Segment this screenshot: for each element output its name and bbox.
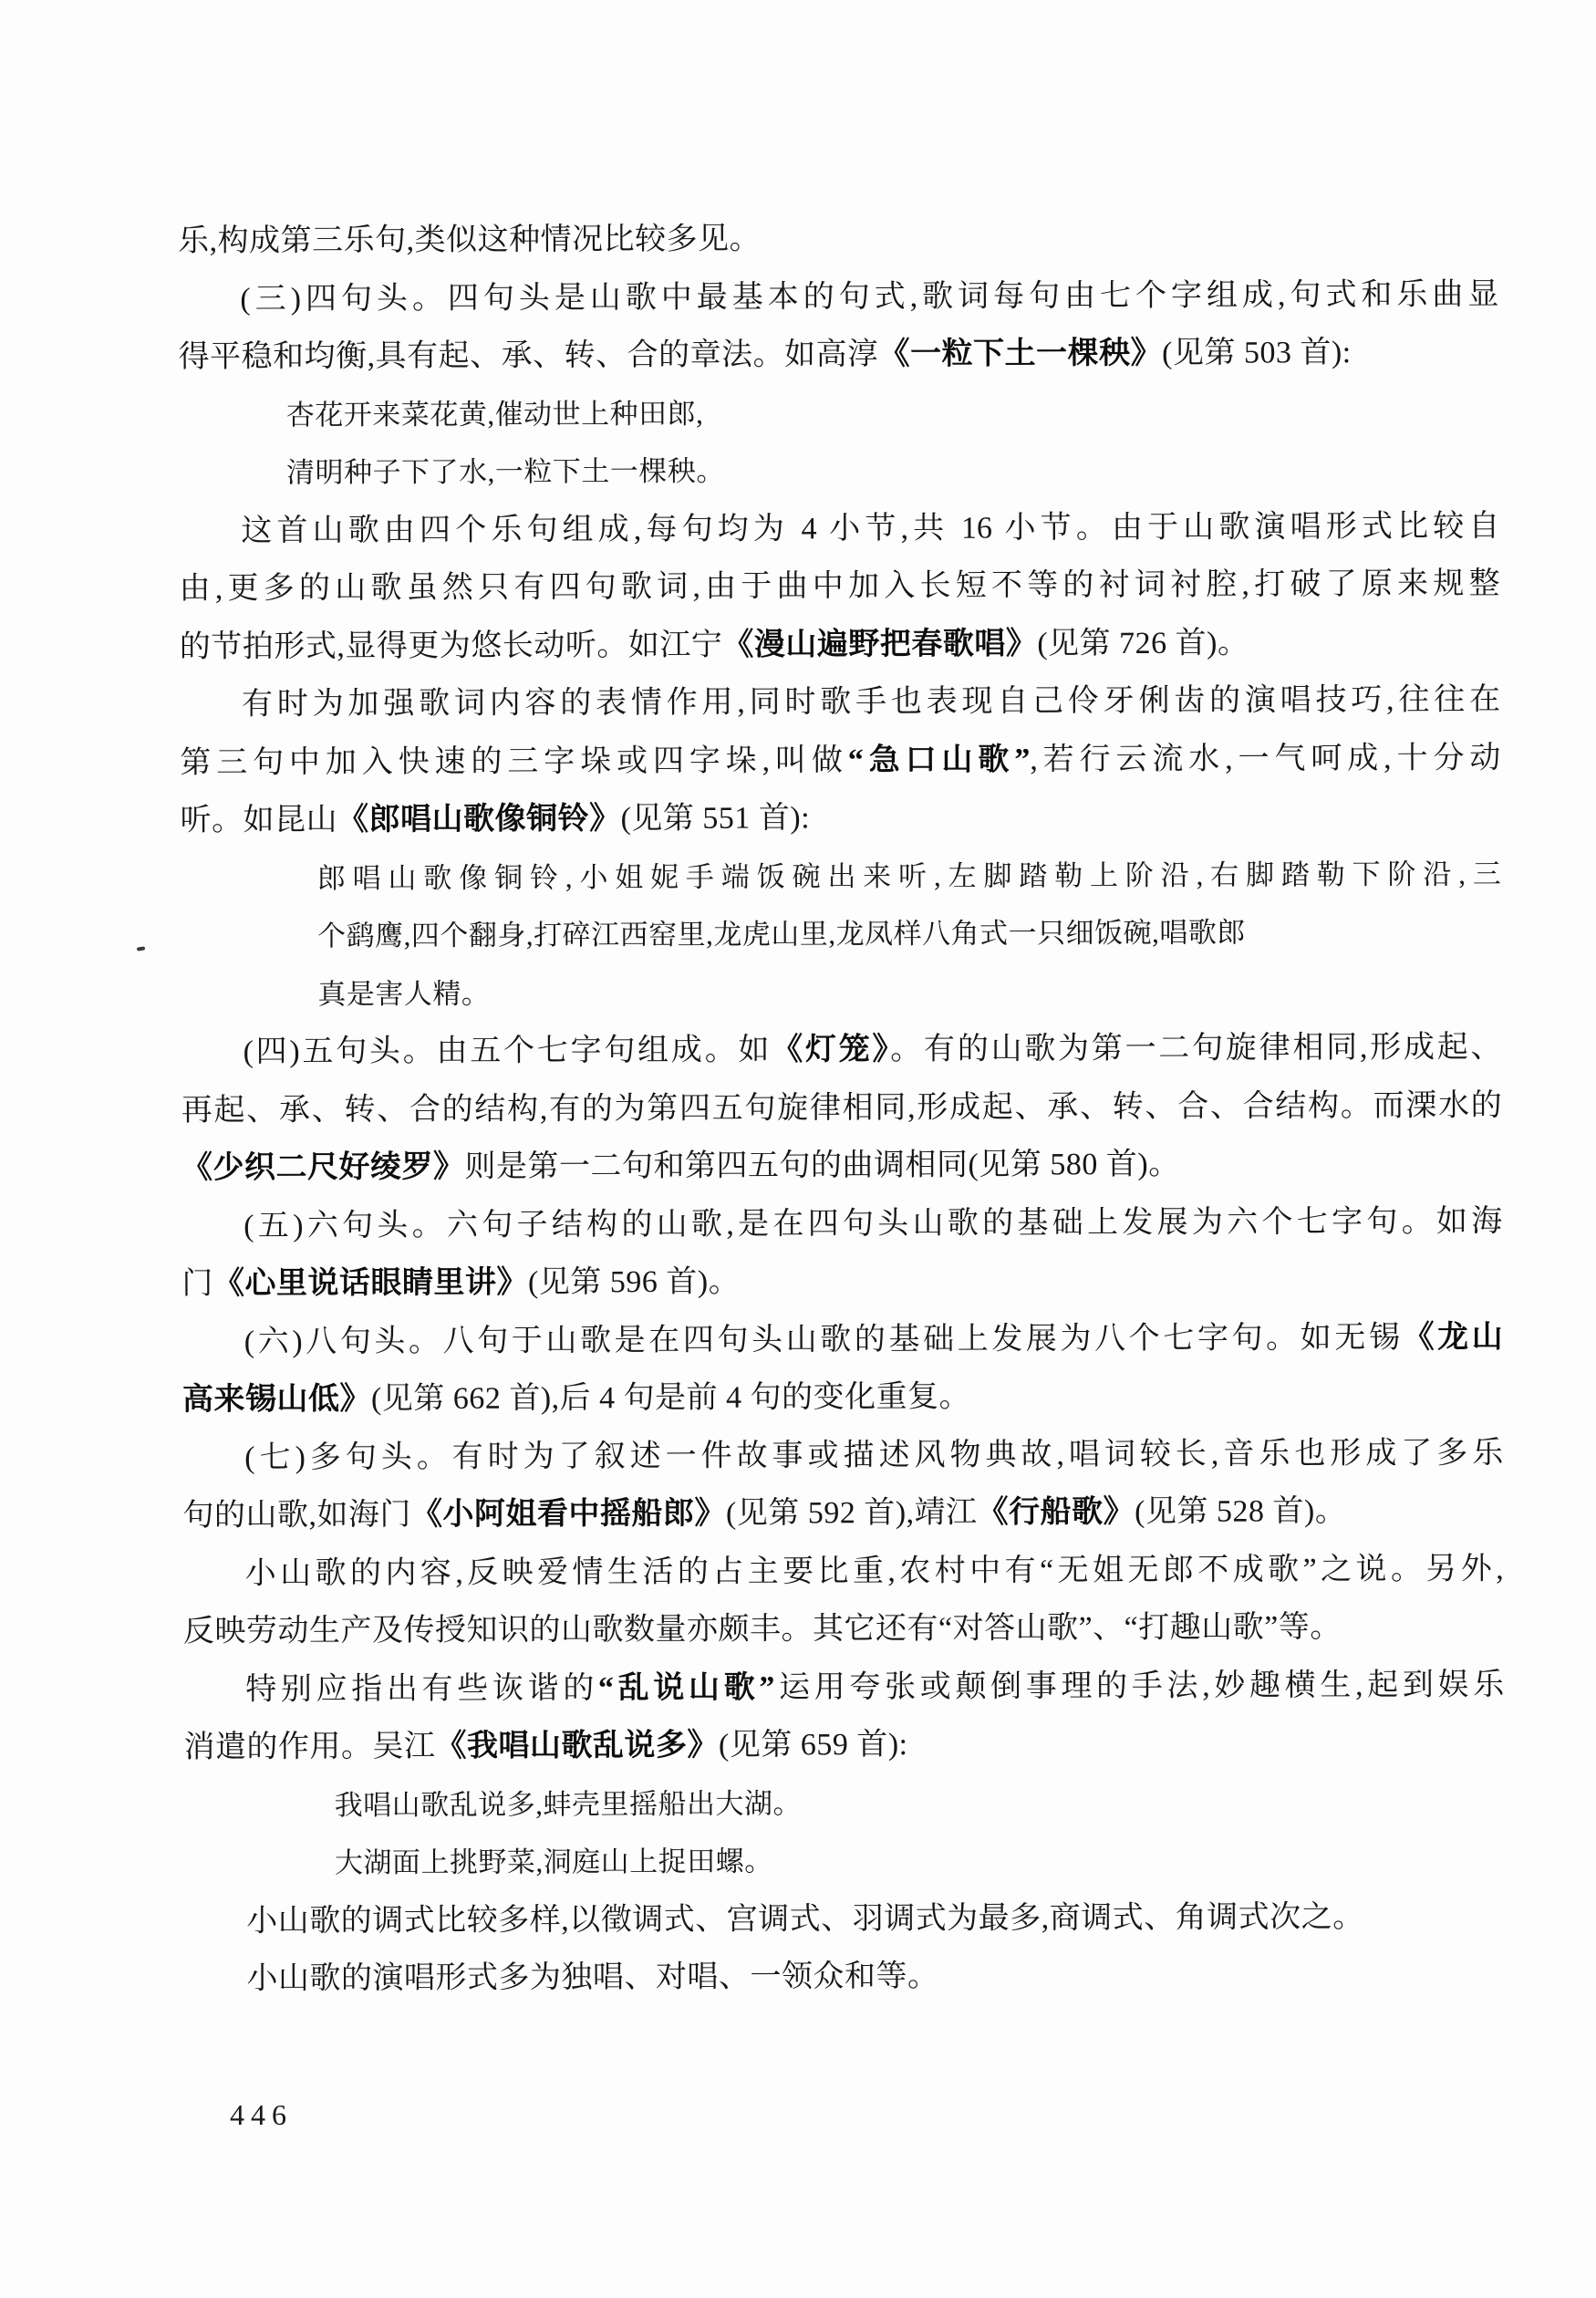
text-line-10: 第三句中加入快速的三字垛或四字垛,叫做“急口山歌”,若行云流水,一气呵成,十分动 xyxy=(180,729,1500,792)
text-segment: 门 xyxy=(181,1267,213,1301)
text-segment: 杏花开来菜花黄,催动世上种田郎, xyxy=(286,397,704,431)
song-title: 《少织二尺好绫罗》 xyxy=(181,1150,465,1185)
text-line-31: 小山歌的演唱形式多为独唱、对唱、一领众和等。 xyxy=(184,1945,1505,2008)
text-segment: 有时为加强歌词内容的表情作用,同时歌手也表现自己伶牙俐齿的演唱技巧,往往在 xyxy=(242,682,1500,721)
text-line-12: 郎唱山歌像铜铃,小姐妮手端饭碗出来听,左脚踏勒上阶沿,右脚踏勒下阶沿,三 xyxy=(181,845,1501,908)
text-segment: 小山歌的演唱形式多为独唱、对唱、一领众和等。 xyxy=(246,1960,938,1996)
text-segment: (五)六句头。六句子结构的山歌,是在四句头山歌的基础上发展为六个七字句。如海 xyxy=(244,1204,1502,1243)
text-line-30: 小山歌的调式比较多样,以徵调式、宫调式、羽调式为最多,商调式、角调式次之。 xyxy=(184,1887,1505,1950)
song-title: “乱说山歌” xyxy=(598,1670,775,1705)
text-line-24: 小山歌的内容,反映爱情生活的占主要比重,农村中有“无姐无郎不成歌”之说。另外, xyxy=(183,1540,1504,1603)
text-segment: 则是第一二句和第四五句的曲调相同(见第 580 首)。 xyxy=(464,1148,1179,1184)
text-segment: (见第 503 首): xyxy=(1162,336,1352,370)
text-line-15: (四)五句头。由五个七字句组成。如《灯笼》。有的山歌为第一二句旋律相同,形成起、 xyxy=(181,1018,1501,1081)
text-segment: (见第 726 首)。 xyxy=(1037,626,1249,660)
text-segment: 小山歌的调式比较多样,以徵调式、宫调式、羽调式为最多,商调式、角调式次之。 xyxy=(246,1900,1364,1939)
text-line-22: (七)多句头。有时为了叙述一件故事或描述风物典故,唱词较长,音乐也形成了多乐 xyxy=(182,1424,1503,1487)
text-line-16: 再起、承、转、合的结构,有的为第四五句旋律相同,形成起、承、转、合、合结构。而溧… xyxy=(181,1076,1502,1139)
text-block: 乐,构成第三乐句,类似这种情况比较多见。(三)四句头。四句头是山歌中最基本的句式… xyxy=(178,207,1506,2008)
text-line-28: 我唱山歌乱说多,蚌壳里摇船出大湖。 xyxy=(184,1772,1505,1835)
text-segment: 乐,构成第三乐句,类似这种情况比较多见。 xyxy=(178,223,761,258)
text-segment: (见第 528 首)。 xyxy=(1135,1494,1346,1529)
text-segment: 我唱山歌乱说多,蚌壳里摇船出大湖。 xyxy=(335,1787,802,1821)
text-segment: 第三句中加入快速的三字垛或四字垛,叫做 xyxy=(180,743,848,780)
song-title: 《郎唱山歌像铜铃》 xyxy=(337,802,621,837)
text-segment: 大湖面上挑野菜,洞庭山上捉田螺。 xyxy=(335,1846,773,1879)
text-segment: 运用夸张或颠倒事理的手法,妙趣横生,起到娱乐 xyxy=(774,1668,1504,1704)
text-line-20: (六)八句头。八句于山歌是在四句头山歌的基础上发展为八个七字句。如无锡《龙山 xyxy=(182,1308,1503,1371)
text-segment: 听。如昆山 xyxy=(180,803,337,837)
text-segment: 这首山歌由四个乐句组成,每句均为 4 小节,共 16 小节。由于山歌演唱形式比较… xyxy=(241,509,1499,547)
text-segment: 清明种子下了水,一粒下土一棵秧。 xyxy=(286,455,725,489)
text-line-27: 消遣的作用。吴江《我唱山歌乱说多》(见第 659 首): xyxy=(183,1713,1504,1776)
text-segment: ,若行云流水,一气呵成,十分动 xyxy=(1030,741,1500,776)
text-segment: 特别应指出有些诙谐的 xyxy=(245,1671,598,1706)
text-segment: (见第 659 首): xyxy=(719,1728,908,1762)
song-title: 《心里说话眼睛里讲》 xyxy=(213,1266,528,1301)
text-line-14: 真是害人精。 xyxy=(181,961,1501,1024)
text-line-17: 《少织二尺好绫罗》则是第一二句和第四五句的曲调相同(见第 580 首)。 xyxy=(181,1134,1502,1197)
text-line-23: 句的山歌,如海门《小阿姐看中摇船郎》(见第 592 首),靖江《行船歌》(见第 … xyxy=(182,1482,1503,1544)
text-line-7: 由,更多的山歌虽然只有四句歌词,由于曲中加入长短不等的衬词衬腔,打破了原来规整 xyxy=(179,555,1499,618)
page-number: 446 xyxy=(230,2098,293,2132)
song-title: 《我唱山歌乱说多》 xyxy=(435,1729,719,1763)
text-segment: 小山歌的内容,反映爱情生活的占主要比重,农村中有“无姐无郎不成歌”之说。另外, xyxy=(245,1552,1504,1590)
song-title: 《小阿姐看中摇船郎》 xyxy=(411,1497,726,1532)
song-title: “急口山歌” xyxy=(848,743,1031,777)
text-line-18: (五)六句头。六句子结构的山歌,是在四句头山歌的基础上发展为六个七字句。如海 xyxy=(181,1192,1502,1255)
text-line-29: 大湖面上挑野菜,洞庭山上捉田螺。 xyxy=(184,1829,1505,1892)
text-line-6: 这首山歌由四个乐句组成,每句均为 4 小节,共 16 小节。由于山歌演唱形式比较… xyxy=(179,497,1499,560)
song-title: 高来锡山低》 xyxy=(182,1382,371,1417)
text-line-5: 清明种子下了水,一粒下土一棵秧。 xyxy=(179,439,1499,502)
text-line-21: 高来锡山低》(见第 662 首),后 4 句是前 4 句的变化重复。 xyxy=(182,1366,1503,1429)
text-line-9: 有时为加强歌词内容的表情作用,同时歌手也表现自己伶牙俐齿的演唱技巧,往往在 xyxy=(180,671,1500,733)
text-segment: 句的山歌,如海门 xyxy=(182,1498,411,1533)
text-line-1: 乐,构成第三乐句,类似这种情况比较多见。 xyxy=(178,207,1498,270)
text-segment: (见第 592 首),靖江 xyxy=(726,1496,978,1531)
song-title: 《行船歌》 xyxy=(978,1495,1135,1530)
text-segment: (七)多句头。有时为了叙述一件故事或描述风物典故,唱词较长,音乐也形成了多乐 xyxy=(244,1436,1503,1474)
text-segment: 真是害人精。 xyxy=(317,977,490,1010)
song-title: 《一粒下土一棵秧》 xyxy=(879,337,1163,371)
text-segment: 。有的山歌为第一二句旋律相同,形成起、 xyxy=(890,1030,1501,1066)
text-line-26: 特别应指出有些诙谐的“乱说山歌”运用夸张或颠倒事理的手法,妙趣横生,起到娱乐 xyxy=(183,1656,1504,1719)
text-segment: (六)八句头。八句于山歌是在四句头山歌的基础上发展为八个七字句。如无锡 xyxy=(244,1320,1404,1358)
text-segment: (见第 551 首): xyxy=(620,801,810,836)
text-segment: 个鹞鹰,四个翻身,打碎江西窑里,龙虎山里,龙凤样八角式一只细饭碗,唱歌郎 xyxy=(317,917,1246,952)
text-segment: 的节拍形式,显得更为悠长动听。如江宁 xyxy=(180,628,723,663)
scan-artifact xyxy=(137,946,145,951)
song-title: 《灯笼》 xyxy=(772,1033,890,1066)
song-title: 《龙山 xyxy=(1403,1320,1502,1354)
text-segment: (见第 596 首)。 xyxy=(528,1265,740,1300)
text-line-3: 得平稳和均衡,具有起、承、转、合的章法。如高淳《一粒下土一棵秧》(见第 503 … xyxy=(178,323,1498,386)
text-line-11: 听。如昆山《郎唱山歌像铜铃》(见第 551 首): xyxy=(180,786,1500,849)
text-segment: (四)五句头。由五个七字句组成。如 xyxy=(243,1034,772,1069)
text-segment: 再起、承、转、合的结构,有的为第四五句旋律相同,形成起、承、转、合、合结构。而溧… xyxy=(181,1088,1502,1128)
text-segment: (见第 662 首),后 4 句是前 4 句的变化重复。 xyxy=(371,1380,970,1417)
text-line-8: 的节拍形式,显得更为悠长动听。如江宁《漫山遍野把春歌唱》(见第 726 首)。 xyxy=(180,613,1500,676)
text-segment: 由,更多的山歌虽然只有四句歌词,由于曲中加入长短不等的衬词衬腔,打破了原来规整 xyxy=(180,567,1500,606)
text-segment: 得平稳和均衡,具有起、承、转、合的章法。如高淳 xyxy=(179,338,879,374)
text-line-2: (三)四句头。四句头是山歌中最基本的句式,歌词每句由七个字组成,句式和乐曲显 xyxy=(178,265,1498,328)
text-line-13: 个鹞鹰,四个翻身,打碎江西窑里,龙虎山里,龙凤样八角式一只细饭碗,唱歌郎 xyxy=(181,902,1501,965)
text-line-19: 门《心里说话眼睛里讲》(见第 596 首)。 xyxy=(181,1250,1502,1313)
text-segment: 郎唱山歌像铜铃,小姐妮手端饭碗出来听,左脚踏勒上阶沿,右脚踏勒下阶沿,三 xyxy=(317,858,1501,894)
text-segment: 消遣的作用。吴江 xyxy=(183,1730,435,1764)
song-title: 《漫山遍野把春歌唱》 xyxy=(722,627,1037,661)
scanned-book-page: 乐,构成第三乐句,类似这种情况比较多见。(三)四句头。四句头是山歌中最基本的句式… xyxy=(0,0,1596,2298)
text-line-4: 杏花开来菜花黄,催动世上种田郎, xyxy=(179,381,1499,444)
text-segment: 反映劳动生产及传授知识的山歌数量亦颇丰。其它还有“对答山歌”、“打趣山歌”等。 xyxy=(183,1610,1342,1648)
text-line-25: 反映劳动生产及传授知识的山歌数量亦颇丰。其它还有“对答山歌”、“打趣山歌”等。 xyxy=(183,1597,1504,1660)
text-segment: (三)四句头。四句头是山歌中最基本的句式,歌词每句由七个字组成,句式和乐曲显 xyxy=(240,277,1498,316)
